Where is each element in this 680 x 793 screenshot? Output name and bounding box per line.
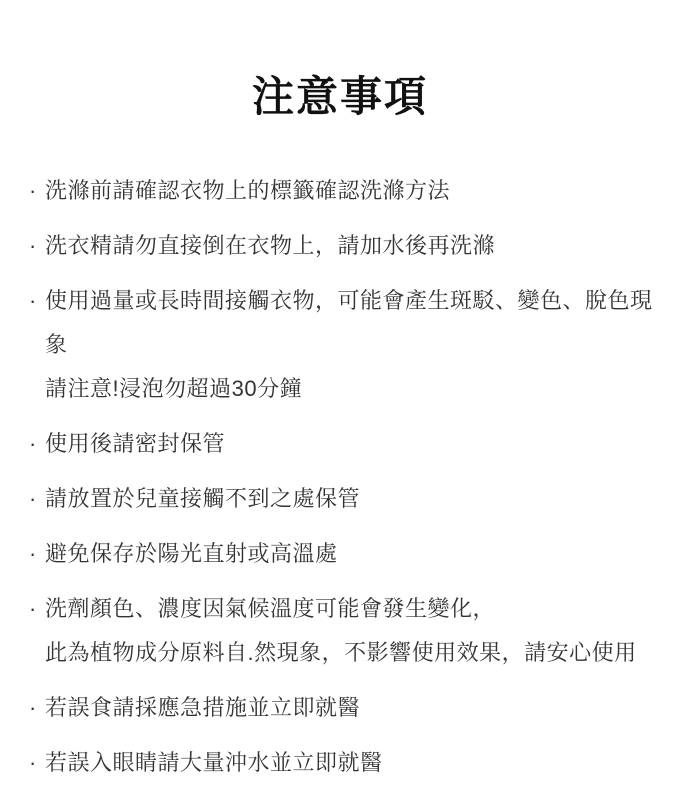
note-line: 洗劑顏色、濃度因氣候溫度可能會發生變化，: [45, 587, 660, 631]
note-line: 若誤食請採應急措施並立即就醫: [45, 686, 660, 730]
note-line: 使用過量或長時間接觸衣物，可能會產生斑駁、變色、脫色現象: [45, 279, 660, 367]
note-lines: 洗滌前請確認衣物上的標籤確認洗滌方法: [45, 169, 660, 213]
note-lines: 若誤食請採應急措施並立即就醫: [45, 686, 660, 730]
note-line: 請放置於兒童接觸不到之處保管: [45, 477, 660, 521]
list-item: ·若誤入眼睛請大量沖水並立即就醫: [27, 741, 660, 785]
list-item: ·請放置於兒童接觸不到之處保管: [27, 477, 660, 521]
note-lines: 洗劑顏色、濃度因氣候溫度可能會發生變化，此為植物成分原料自.然現象，不影響使用效…: [45, 587, 660, 675]
list-item: ·洗滌前請確認衣物上的標籤確認洗滌方法: [27, 169, 660, 213]
list-item: ·洗劑顏色、濃度因氣候溫度可能會發生變化，此為植物成分原料自.然現象，不影響使用…: [27, 587, 660, 675]
note-lines: 使用後請密封保管: [45, 422, 660, 466]
note-line: 請注意!浸泡勿超過30分鐘: [45, 367, 660, 411]
list-item: ·洗衣精請勿直接倒在衣物上，請加水後再洗滌: [27, 224, 660, 268]
list-item: ·避免保存於陽光直射或高溫處: [27, 532, 660, 576]
notes-list: ·洗滌前請確認衣物上的標籤確認洗滌方法·洗衣精請勿直接倒在衣物上，請加水後再洗滌…: [27, 169, 660, 785]
note-line: 使用後請密封保管: [45, 422, 660, 466]
note-lines: 洗衣精請勿直接倒在衣物上，請加水後再洗滌: [45, 224, 660, 268]
list-item: ·若誤食請採應急措施並立即就醫: [27, 686, 660, 730]
note-line: 此為植物成分原料自.然現象，不影響使用效果，請安心使用: [45, 631, 660, 675]
list-item: ·使用過量或長時間接觸衣物，可能會產生斑駁、變色、脫色現象請注意!浸泡勿超過30…: [27, 279, 660, 411]
precautions-page: 注意事項 ·洗滌前請確認衣物上的標籤確認洗滌方法·洗衣精請勿直接倒在衣物上，請加…: [0, 0, 680, 793]
bullet-dot: ·: [27, 741, 45, 785]
bullet-dot: ·: [27, 224, 45, 268]
bullet-dot: ·: [27, 279, 45, 323]
note-line: 洗衣精請勿直接倒在衣物上，請加水後再洗滌: [45, 224, 660, 268]
note-line: 洗滌前請確認衣物上的標籤確認洗滌方法: [45, 169, 660, 213]
note-lines: 請放置於兒童接觸不到之處保管: [45, 477, 660, 521]
list-item: ·使用後請密封保管: [27, 422, 660, 466]
bullet-dot: ·: [27, 169, 45, 213]
note-line: 若誤入眼睛請大量沖水並立即就醫: [45, 741, 660, 785]
bullet-dot: ·: [27, 422, 45, 466]
bullet-dot: ·: [27, 532, 45, 576]
bullet-dot: ·: [27, 686, 45, 730]
note-lines: 使用過量或長時間接觸衣物，可能會產生斑駁、變色、脫色現象請注意!浸泡勿超過30分…: [45, 279, 660, 411]
note-line: 避免保存於陽光直射或高溫處: [45, 532, 660, 576]
note-lines: 若誤入眼睛請大量沖水並立即就醫: [45, 741, 660, 785]
page-title: 注意事項: [0, 72, 680, 122]
bullet-dot: ·: [27, 587, 45, 631]
note-lines: 避免保存於陽光直射或高溫處: [45, 532, 660, 576]
bullet-dot: ·: [27, 477, 45, 521]
